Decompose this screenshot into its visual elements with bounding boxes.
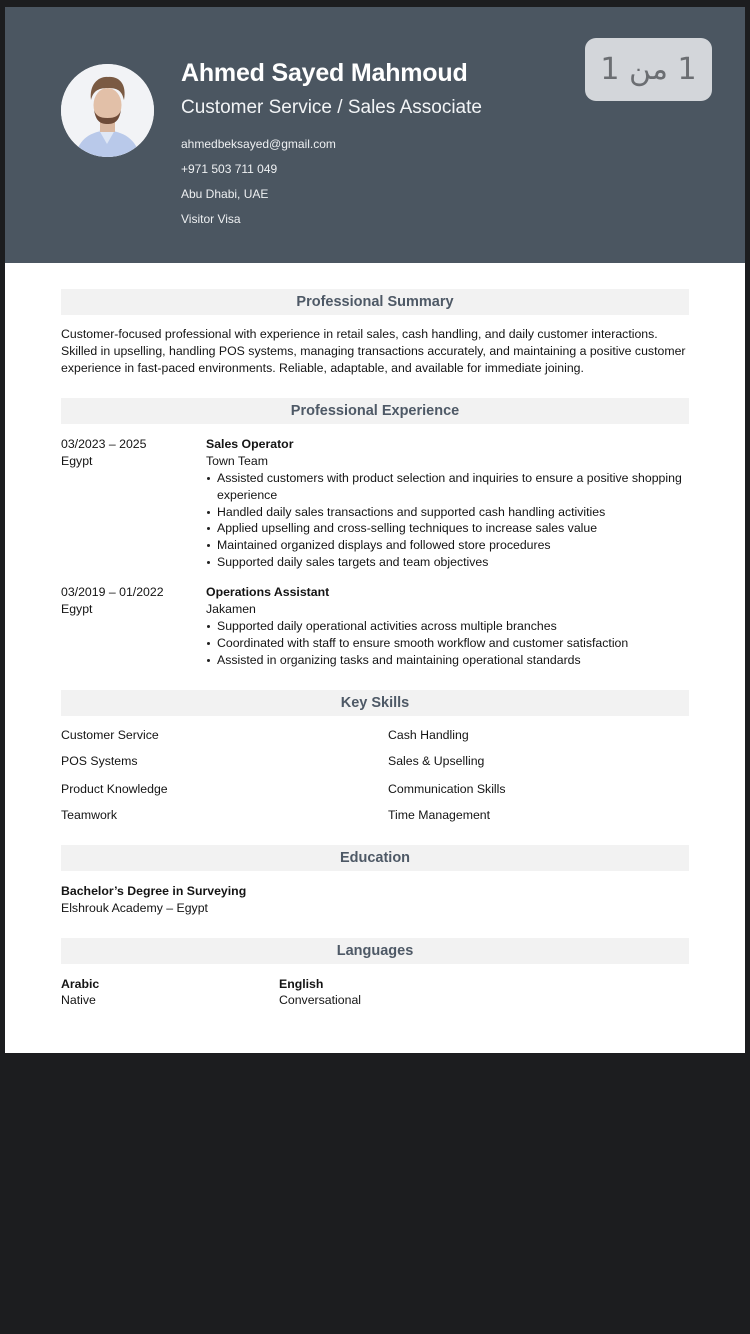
location: Abu Dhabi, UAE [181, 187, 268, 201]
skill-item: Time Management [388, 808, 490, 822]
skill-item: POS Systems [61, 754, 138, 768]
language-level: Conversational [279, 992, 361, 1009]
bullet-item: Applied upselling and cross-selling tech… [206, 520, 691, 537]
skill-item: Sales & Upselling [388, 754, 484, 768]
bullet-item: Assisted customers with product selectio… [206, 470, 691, 504]
bullet-item: Coordinated with staff to ensure smooth … [206, 635, 691, 652]
summary-text: Customer-focused professional with exper… [61, 326, 693, 376]
section-title-experience: Professional Experience [61, 398, 689, 424]
section-title-education: Education [61, 845, 689, 871]
phone[interactable]: +971 503 711 049 [181, 162, 277, 176]
bullet-item: Handled daily sales transactions and sup… [206, 504, 691, 521]
skill-item: Teamwork [61, 808, 117, 822]
resume-header: Ahmed Sayed Mahmoud Customer Service / S… [5, 7, 745, 263]
skill-item: Customer Service [61, 728, 159, 742]
experience-dates: 03/2019 – 01/2022 [61, 584, 164, 601]
experience-bullets: Assisted customers with product selectio… [206, 470, 691, 571]
candidate-role: Customer Service / Sales Associate [181, 97, 482, 119]
experience-company: Jakamen [206, 601, 256, 618]
profile-photo [61, 64, 154, 157]
page-indicator: 1 من 1 [585, 38, 712, 101]
language-name: Arabic [61, 976, 99, 993]
person-photo-icon [61, 64, 154, 157]
section-title-skills: Key Skills [61, 690, 689, 716]
experience-title: Operations Assistant [206, 584, 329, 601]
section-title-languages: Languages [61, 938, 689, 964]
candidate-name: Ahmed Sayed Mahmoud [181, 59, 468, 88]
section-title-summary: Professional Summary [61, 289, 689, 315]
education-degree: Bachelor’s Degree in Surveying [61, 883, 246, 900]
resume-page: Ahmed Sayed Mahmoud Customer Service / S… [5, 7, 745, 1053]
experience-title: Sales Operator [206, 436, 293, 453]
bullet-item: Supported daily sales targets and team o… [206, 554, 691, 571]
skill-item: Product Knowledge [61, 782, 168, 796]
bullet-item: Assisted in organizing tasks and maintai… [206, 652, 691, 669]
education-school: Elshrouk Academy – Egypt [61, 900, 208, 917]
visa-status: Visitor Visa [181, 212, 241, 226]
experience-bullets: Supported daily operational activities a… [206, 618, 691, 668]
bullet-item: Supported daily operational activities a… [206, 618, 691, 635]
language-level: Native [61, 992, 96, 1009]
email[interactable]: ahmedbeksayed@gmail.com [181, 137, 336, 151]
skill-item: Communication Skills [388, 782, 506, 796]
bullet-item: Maintained organized displays and follow… [206, 537, 691, 554]
language-name: English [279, 976, 323, 993]
skill-item: Cash Handling [388, 728, 469, 742]
experience-company: Town Team [206, 453, 268, 470]
experience-location: Egypt [61, 601, 92, 618]
experience-location: Egypt [61, 453, 92, 470]
experience-dates: 03/2023 – 2025 [61, 436, 146, 453]
